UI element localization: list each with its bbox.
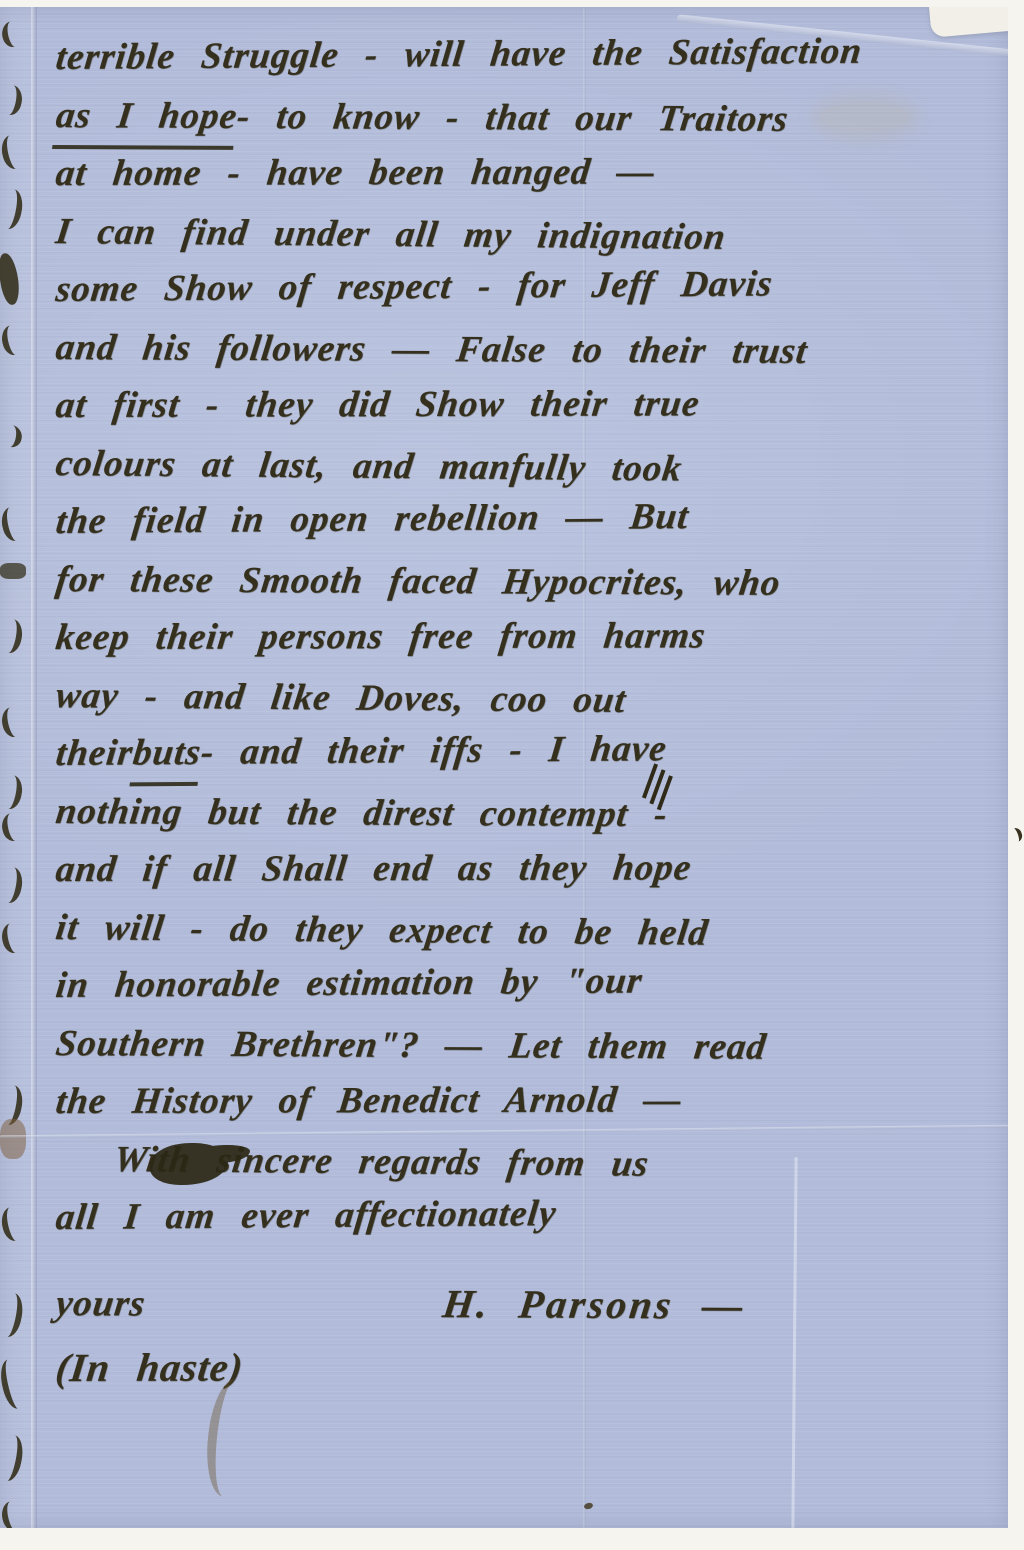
scan-background: terrible Struggle - will have the Satisf…	[0, 0, 1024, 1550]
ink-stroke-fragment	[0, 921, 27, 955]
ink-stroke-fragment	[0, 252, 22, 306]
letter-line: Southern Brethren"? — Let them read	[56, 1015, 1002, 1078]
letter-line: at home - have been hanged —	[56, 143, 1002, 203]
letter-line: keep their persons free from harms	[56, 607, 1002, 667]
letter-line: some Show of respect - for Jeff Davis	[56, 254, 1002, 319]
letter-line-text: keep their persons free from harms	[53, 607, 709, 667]
letter-line: as I hope - to know - that our Traitors	[56, 87, 1002, 150]
letter-line: and his followers — False to their trust	[56, 319, 1002, 382]
letter-line-text: - to know - that our Traitors	[233, 88, 792, 149]
ink-stroke-fragment	[0, 563, 26, 579]
letter-line-text: terrible Struggle - will have the Satisf…	[53, 23, 866, 87]
ink-stroke-fragment	[0, 773, 25, 811]
stray-ink-mark	[1008, 826, 1024, 843]
letter-text: terrible Struggle - will have the Satisf…	[56, 29, 1002, 1397]
letter-line: for these Smooth faced Hypocrites, who	[56, 551, 1002, 614]
letter-page: terrible Struggle - will have the Satisf…	[0, 7, 1008, 1528]
ink-stroke-fragment	[0, 133, 28, 171]
ink-stroke-fragment	[0, 1499, 27, 1528]
letter-line: all I am ever affectionately	[56, 1182, 1002, 1247]
postscript-line: (In haste)	[56, 1337, 1002, 1397]
ink-stroke-fragment	[0, 187, 26, 231]
ink-stroke-fragment	[0, 865, 26, 905]
closing-word: yours	[52, 1275, 149, 1333]
letter-line: and if all Shall end as they hope	[56, 839, 1002, 899]
ink-stroke-fragment	[0, 19, 27, 50]
letter-line: terrible Struggle - will have the Satisf…	[56, 22, 1002, 87]
letter-line-text: all I am ever affectionately	[53, 1185, 560, 1247]
page-fold-line	[31, 7, 37, 1528]
ink-stroke-fragment	[0, 505, 28, 543]
letter-line: the History of Benedict Arnold —	[56, 1071, 1002, 1131]
closing-line: yours H. Parsons —	[56, 1273, 1002, 1336]
letter-line-text: the field in open rebellion — But	[53, 488, 692, 551]
postscript-note: (In haste)	[53, 1339, 247, 1398]
letter-line-text: the History of Benedict Arnold —	[53, 1071, 686, 1131]
letter-line: the field in open rebellion — But	[56, 486, 1002, 551]
underlined-phrase: buts	[129, 724, 204, 787]
ink-stroke-fragment	[0, 323, 27, 357]
letter-line-text: and his followers — False to their trust	[52, 319, 811, 381]
letter-line-text: - and their iffs - I have	[197, 720, 669, 782]
letter-line-text: and if all Shall end as they hope	[53, 839, 695, 899]
signature: H. Parsons —	[440, 1275, 750, 1335]
ink-stroke-fragment	[0, 83, 25, 117]
letter-line-text: some Show of respect - for Jeff Davis	[53, 255, 776, 319]
paper-stain	[0, 1119, 26, 1159]
letter-line-text: Southern Brethren"? — Let them read	[52, 1015, 770, 1077]
letter-line-text: at home - have been hanged —	[53, 143, 659, 203]
letter-line: their buts - and their iffs - I have	[56, 718, 1002, 783]
ink-stroke-fragment	[0, 1205, 28, 1243]
ink-stroke-fragment	[0, 1291, 26, 1339]
letter-line-text: for these Smooth faced Hypocrites, who	[52, 551, 784, 613]
letter-line-text: at first - they did Show their true	[53, 375, 703, 435]
letter-line-text: in honorable estimation by "our	[53, 952, 646, 1015]
letter-line-text: nothing but the direst contempt -	[52, 783, 671, 844]
ink-stroke-fragment	[0, 705, 27, 739]
ink-speck	[583, 1502, 593, 1510]
letter-line: in honorable estimation by "our	[56, 950, 1002, 1015]
letter-line: at first - they did Show their true	[56, 375, 1002, 435]
ink-stroke-fragment	[0, 1357, 30, 1411]
underlined-phrase: as I hope	[52, 87, 241, 150]
ink-stroke-fragment	[0, 1433, 27, 1483]
letter-line: nothing but the direst contempt -	[56, 783, 1002, 846]
ink-stroke-fragment	[0, 423, 24, 449]
adjacent-page-edge	[0, 7, 34, 1528]
ink-stroke-fragment	[0, 617, 25, 655]
letter-line-text: their	[53, 724, 137, 783]
ink-stroke-fragment	[0, 811, 27, 843]
